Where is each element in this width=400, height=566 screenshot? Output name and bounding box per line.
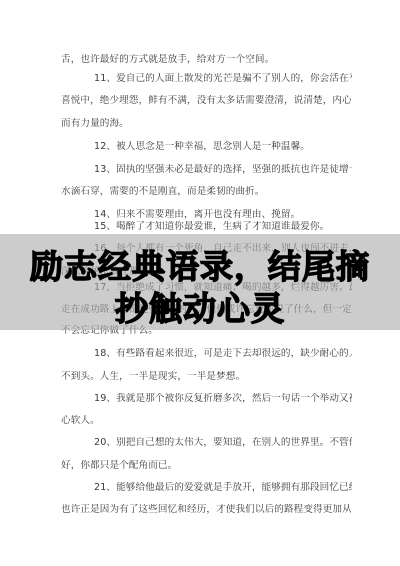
text-line: 14、归来不需要理由，离开也没有理由、挽留。 [94,209,352,221]
text-line: 11、爱自己的人面上散发的光芒是骗不了别人的，你会活在平静淡定 [94,73,352,85]
text-line: 不到头。人生，一半是现实，一半是梦想。 [61,371,351,383]
text-line: 12、被人思念是一种幸福，思念别人是一种温馨。 [94,141,352,153]
text-line: 而有力量的海。 [61,118,351,130]
text-line: 20、别把自己想的太伟大，要知道，在别人的世界里。不管你做的多 [94,437,352,449]
text-line: 好，你都只是个配角而已。 [61,460,351,472]
text-line: 喜悦中，绝少埋怨，鲜有不满，没有太多话需要澄清，说清楚，内心是一片宁静 [61,95,351,107]
overlay-title-line-1: 励志经典语录，结尾摘 [0,247,400,287]
text-line: 也许正是因为有了这些回忆和经历，才使我们以后的路程变得更加从容和坚定。 [61,504,351,516]
overlay-title-line-2: 抄触动心灵 [0,289,400,329]
text-line: 15、喝醉了才知道你最爱谁，生病了才知道谁最爱你。 [94,221,352,233]
text-line: 13、固执的坚强未必是最好的选择，坚强的抵抗也许是徒增一笔遗憾， [94,164,352,176]
text-line: 18、有些路看起来很近，可是走下去却很远的，缺少耐心的人永远走 [94,348,352,360]
text-line: 心软人。 [61,415,351,427]
text-line: 水滴石穿，需要的不是刚直，而是柔韧的曲折。 [61,186,351,198]
text-line: 21、能够给他最后的爱爱就是手放开，能够拥有那段回忆已经很足够， [94,482,352,494]
text-line: 19、我就是那个被你反复折磨多次，然后一句话一个举动又被哄好的 [94,393,352,405]
text-line: 舌，也许最好的方式就是放手，给对方一个空间。 [61,54,351,66]
